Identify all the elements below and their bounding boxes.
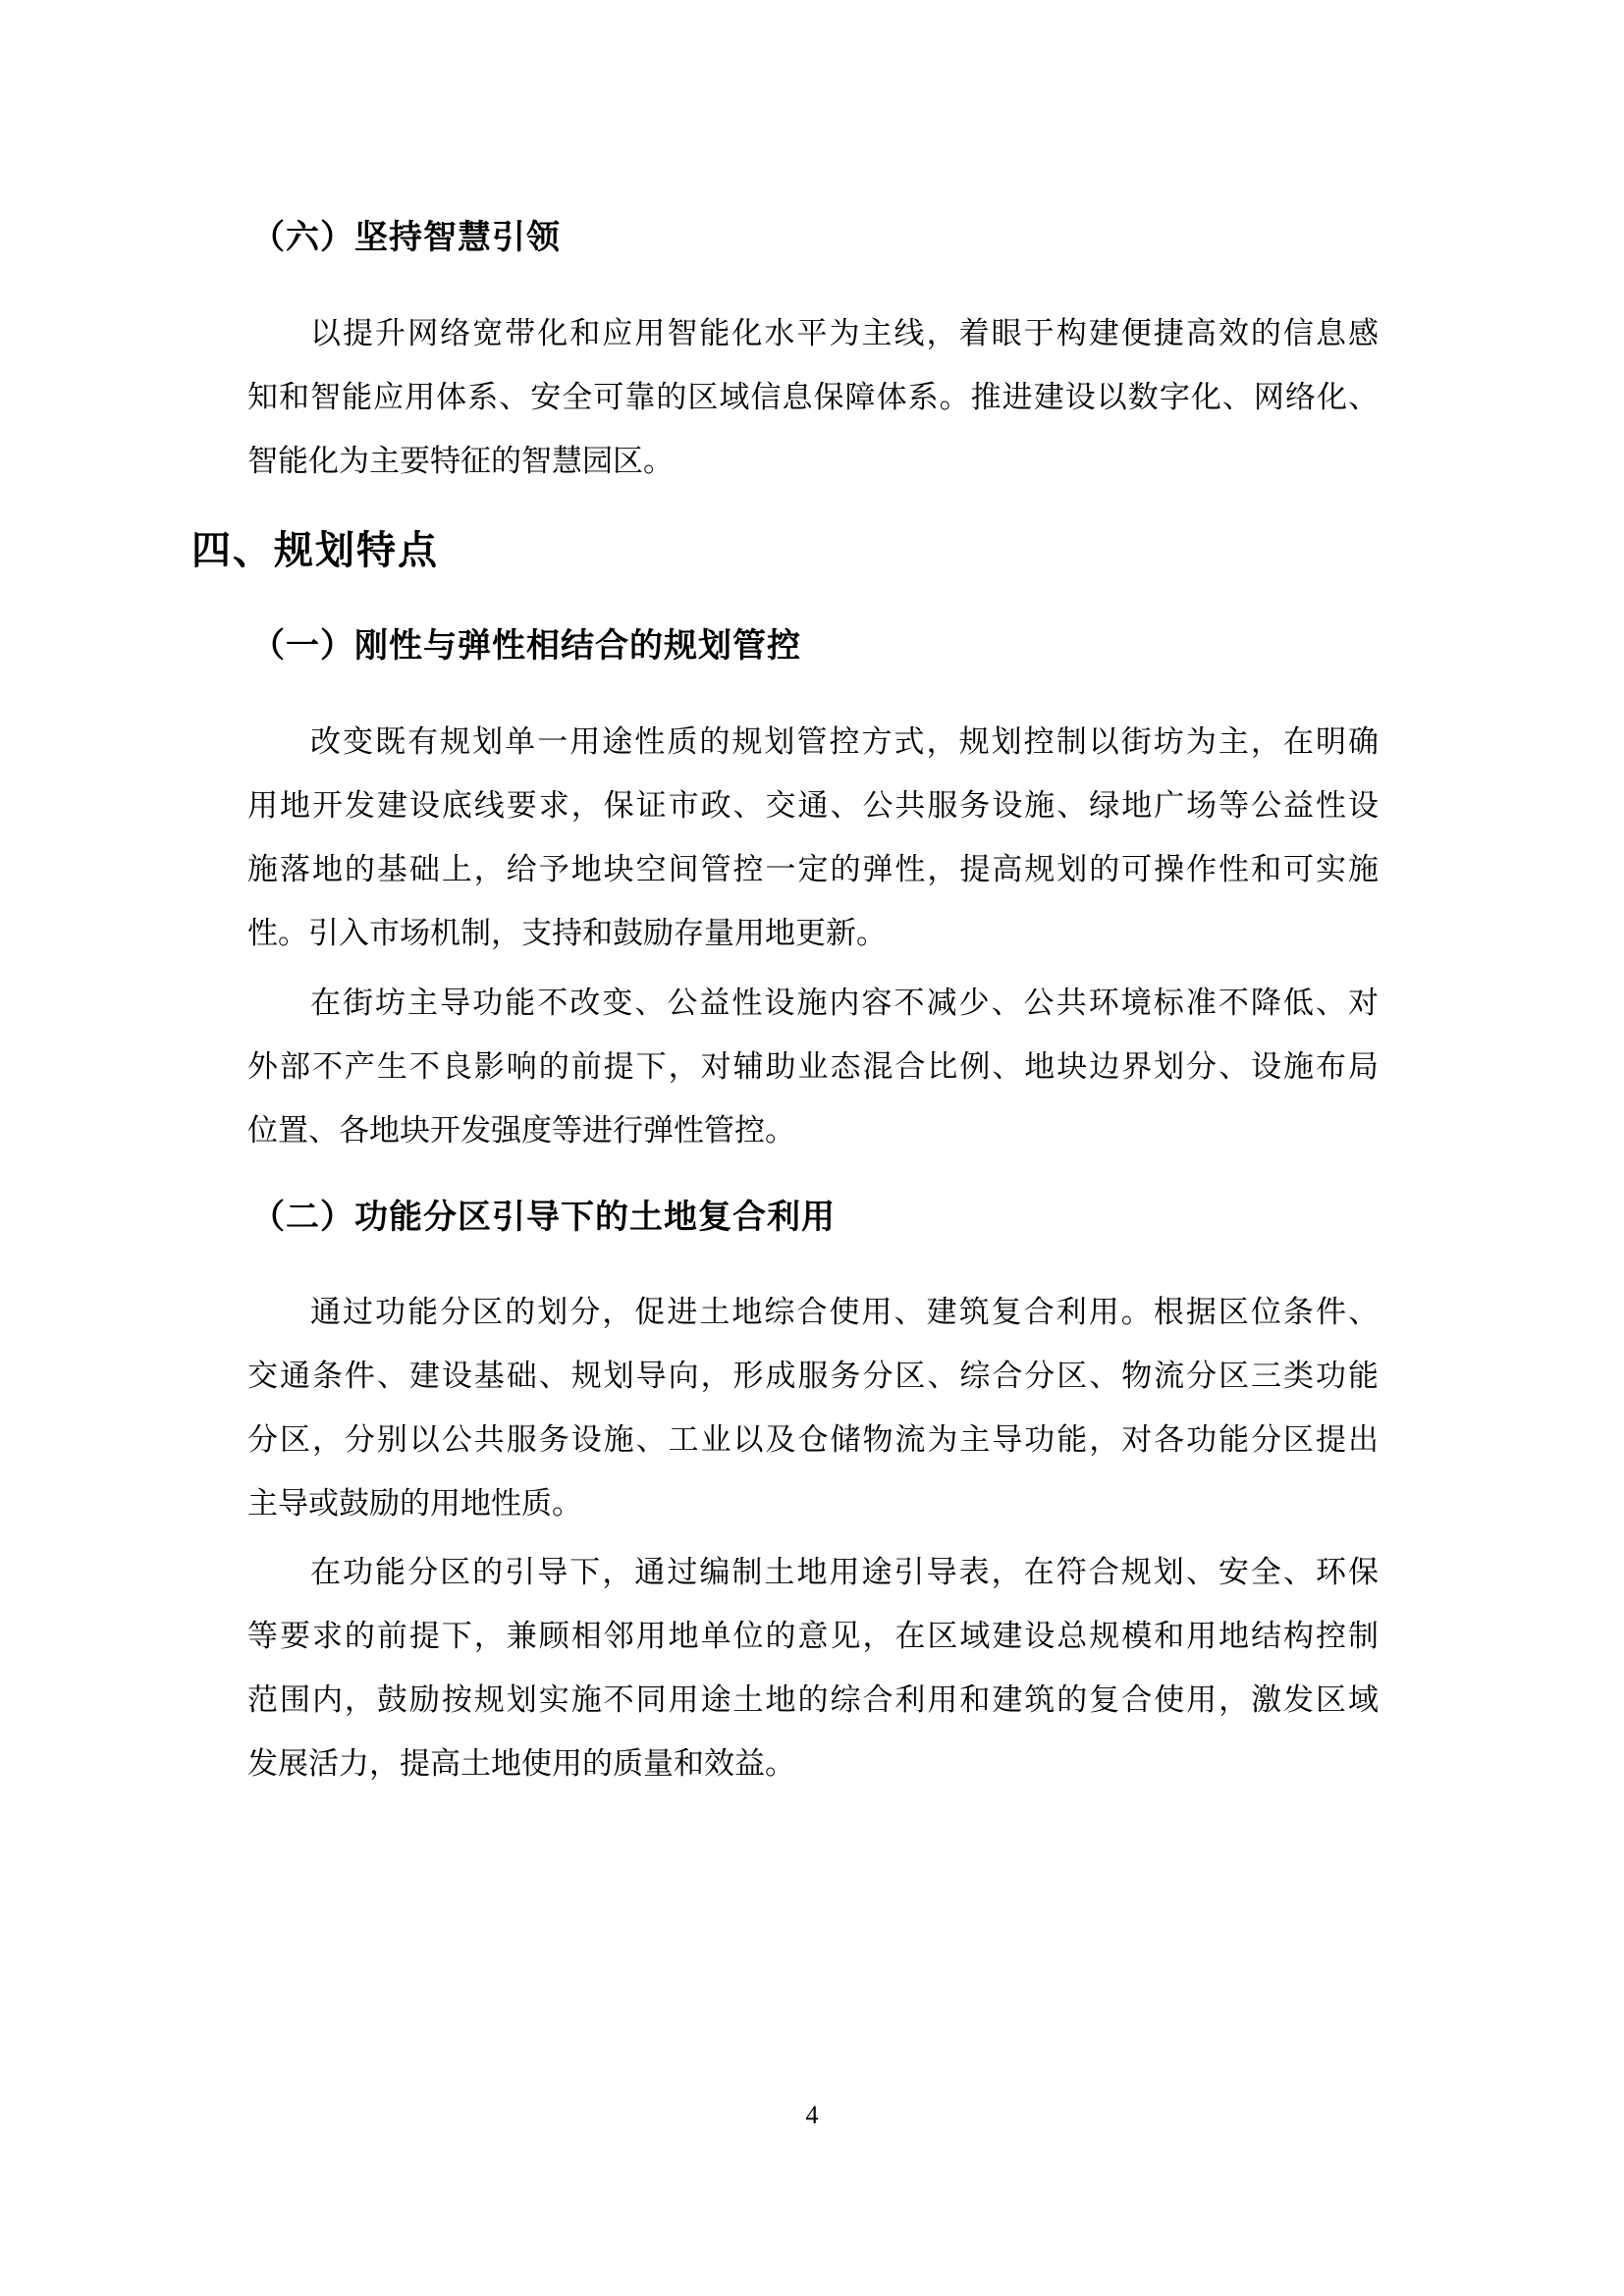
- text-line: 以提升网络宽带化和应用智能化水平为主线，着眼于构建便捷高效的信息感: [247, 302, 1379, 366]
- text-line: 施落地的基础上，给予地块空间管控一定的弹性，提高规划的可操作性和可实施: [247, 838, 1379, 902]
- paragraph-two-2: 在功能分区的引导下，通过编制土地用途引导表，在符合规划、安全、环保 等要求的前提…: [247, 1541, 1379, 1796]
- paragraph-six-1: 以提升网络宽带化和应用智能化水平为主线，着眼于构建便捷高效的信息感 知和智能应用…: [247, 302, 1379, 494]
- section-heading-six: （六）坚持智慧引领: [251, 216, 561, 259]
- subsection-heading-two: （二）功能分区引导下的土地复合利用: [251, 1196, 836, 1239]
- paragraph-one-2: 在街坊主导功能不改变、公益性设施内容不减少、公共环境标准不降低、对 外部不产生不…: [247, 972, 1379, 1163]
- text-line: 改变既有规划单一用途性质的规划管控方式，规划控制以街坊为主，在明确: [247, 711, 1379, 774]
- text-line: 外部不产生不良影响的前提下，对辅助业态混合比例、地块边界划分、设施布局: [247, 1036, 1379, 1099]
- page-number: 4: [0, 2101, 1624, 2130]
- text-line: 交通条件、建设基础、规划导向，形成服务分区、综合分区、物流分区三类功能: [247, 1345, 1379, 1409]
- paragraph-two-1: 通过功能分区的划分，促进土地综合使用、建筑复合利用。根据区位条件、 交通条件、建…: [247, 1281, 1379, 1536]
- text-line: 在功能分区的引导下，通过编制土地用途引导表，在符合规划、安全、环保: [247, 1541, 1379, 1605]
- text-line: 通过功能分区的划分，促进土地综合使用、建筑复合利用。根据区位条件、: [247, 1281, 1379, 1345]
- subsection-heading-one: （一）刚性与弹性相结合的规划管控: [251, 624, 801, 667]
- text-line: 等要求的前提下，兼顾相邻用地单位的意见，在区域建设总规模和用地结构控制: [247, 1605, 1379, 1669]
- text-line: 用地开发建设底线要求，保证市政、交通、公共服务设施、绿地广场等公益性设: [247, 774, 1379, 838]
- text-line: 位置、各地块开发强度等进行弹性管控。: [247, 1099, 1379, 1163]
- text-line: 性。引入市场机制，支持和鼓励存量用地更新。: [247, 902, 1379, 966]
- document-page: （六）坚持智慧引领 以提升网络宽带化和应用智能化水平为主线，着眼于构建便捷高效的…: [0, 0, 1624, 2296]
- chapter-heading: 四、规划特点: [191, 527, 439, 574]
- text-line: 知和智能应用体系、安全可靠的区域信息保障体系。推进建设以数字化、网络化、: [247, 366, 1379, 430]
- text-line: 智能化为主要特征的智慧园区。: [247, 430, 1379, 494]
- text-line: 在街坊主导功能不改变、公益性设施内容不减少、公共环境标准不降低、对: [247, 972, 1379, 1036]
- text-line: 主导或鼓励的用地性质。: [247, 1472, 1379, 1536]
- text-line: 发展活力，提高土地使用的质量和效益。: [247, 1733, 1379, 1796]
- text-line: 分区，分别以公共服务设施、工业以及仓储物流为主导功能，对各功能分区提出: [247, 1409, 1379, 1472]
- paragraph-one-1: 改变既有规划单一用途性质的规划管控方式，规划控制以街坊为主，在明确 用地开发建设…: [247, 711, 1379, 966]
- text-line: 范围内，鼓励按规划实施不同用途土地的综合利用和建筑的复合使用，激发区域: [247, 1669, 1379, 1733]
